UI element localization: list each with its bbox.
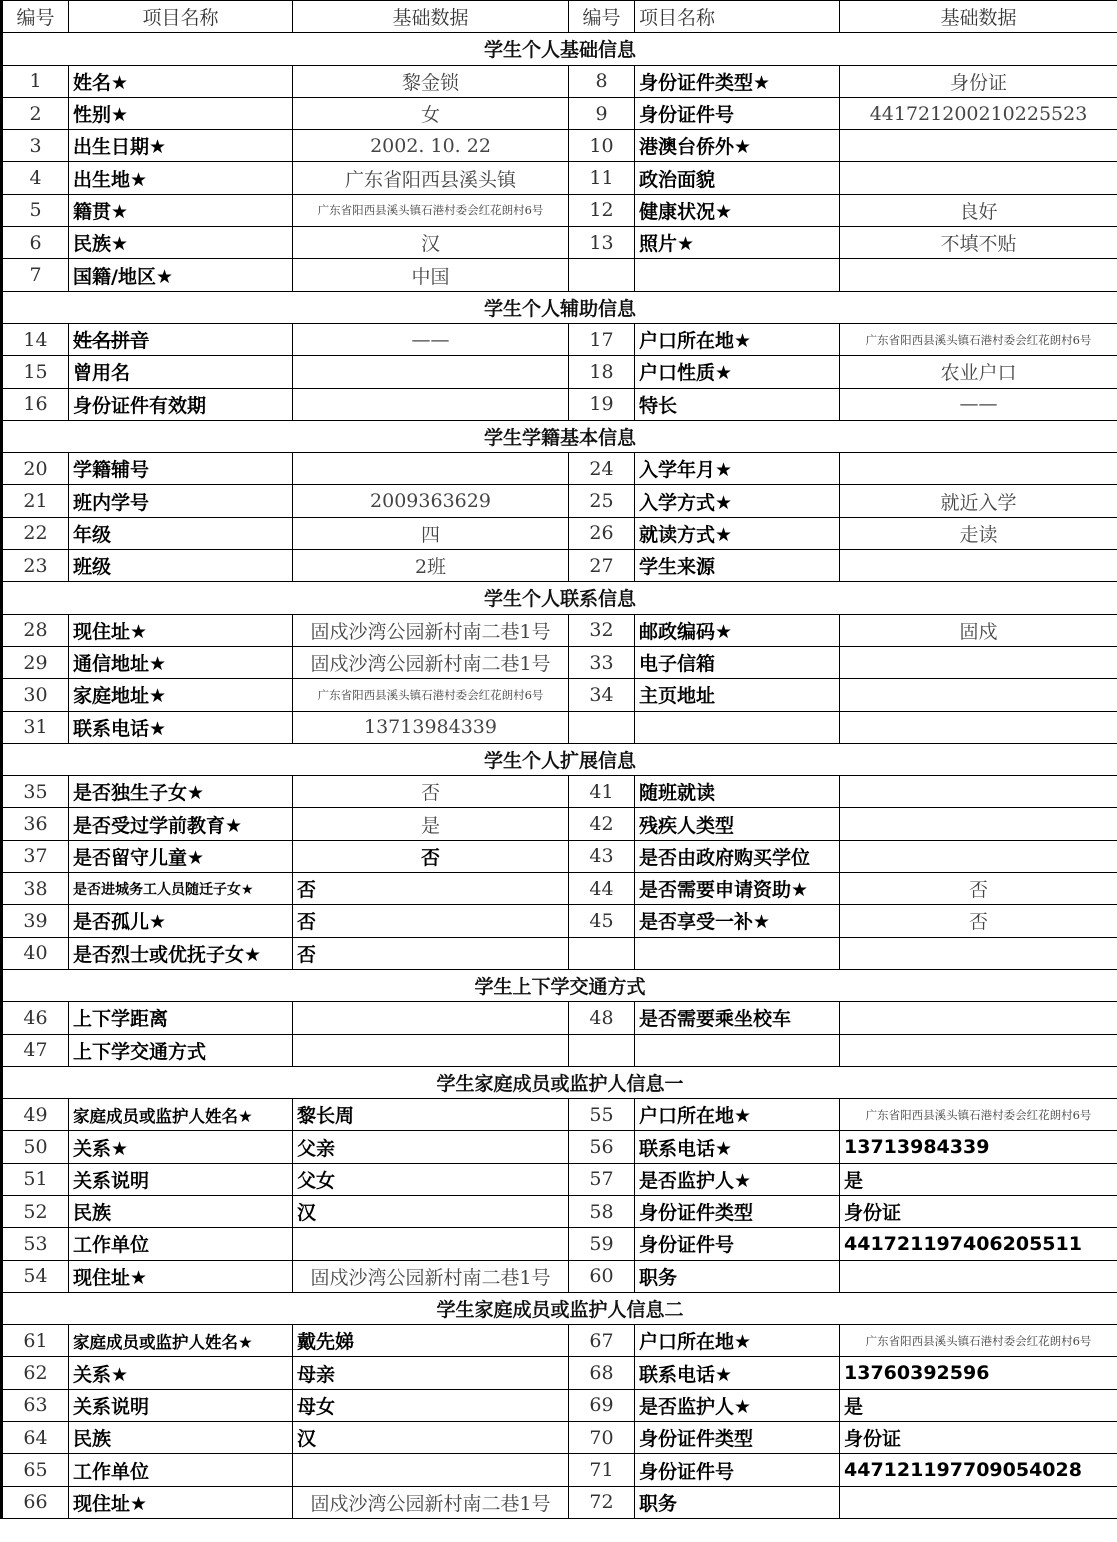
table-row: 7 国籍/地区★ 中国 xyxy=(2,259,1117,291)
field-value[interactable] xyxy=(840,679,1117,711)
field-num: 36 xyxy=(2,808,69,840)
field-value[interactable] xyxy=(293,453,569,485)
field-label: 学生来源 xyxy=(635,550,840,582)
field-label: 关系★ xyxy=(69,1131,293,1163)
field-value[interactable]: 是 xyxy=(293,808,569,840)
field-value[interactable] xyxy=(840,1486,1117,1518)
field-label: 特长 xyxy=(635,388,840,420)
field-label: 户口所在地★ xyxy=(635,1099,840,1131)
field-value[interactable]: 广东省阳西县溪头镇石港村委会红花朗村6号 xyxy=(840,1325,1117,1357)
field-label: 是否烈士或优抚子女★ xyxy=(69,937,293,969)
field-value[interactable]: —— xyxy=(840,388,1117,420)
field-num: 8 xyxy=(569,65,635,97)
field-num: 17 xyxy=(569,323,635,355)
field-num: 10 xyxy=(569,130,635,162)
field-value[interactable]: 否 xyxy=(840,905,1117,937)
field-label: 是否监护人★ xyxy=(635,1389,840,1421)
field-num: 42 xyxy=(569,808,635,840)
field-value[interactable]: 固戍沙湾公园新村南二巷1号 xyxy=(293,646,569,678)
field-label: 籍贯★ xyxy=(69,194,293,226)
field-value[interactable]: 母亲 xyxy=(293,1357,569,1389)
field-label: 户口性质★ xyxy=(635,356,840,388)
field-label: 是否需要乘坐校车 xyxy=(635,1002,840,1034)
field-value[interactable]: 中国 xyxy=(293,259,569,291)
field-value[interactable]: 身份证 xyxy=(840,1195,1117,1227)
field-num: 61 xyxy=(2,1325,69,1357)
field-value[interactable] xyxy=(293,1002,569,1034)
table-row: 35 是否独生子女★ 否 41 随班就读 xyxy=(2,776,1117,808)
field-num: 46 xyxy=(2,1002,69,1034)
field-num: 47 xyxy=(2,1034,69,1066)
section-row: 学生上下学交通方式 xyxy=(2,969,1117,1001)
section-row: 学生个人扩展信息 xyxy=(2,743,1117,775)
table-row: 47 上下学交通方式 xyxy=(2,1034,1117,1066)
field-num: 3 xyxy=(2,130,69,162)
field-num: 34 xyxy=(569,679,635,711)
section-row: 学生家庭成员或监护人信息一 xyxy=(2,1066,1117,1098)
field-num: 55 xyxy=(569,1099,635,1131)
table-row: 38 是否进城务工人员随迁子女★ 否 44 是否需要申请资助★ 否 xyxy=(2,873,1117,905)
field-label: 班内学号 xyxy=(69,485,293,517)
field-value[interactable]: —— xyxy=(293,323,569,355)
field-num: 39 xyxy=(2,905,69,937)
field-num: 30 xyxy=(2,679,69,711)
table-row: 22 年级 四 26 就读方式★ 走读 xyxy=(2,517,1117,549)
table-row: 4 出生地★ 广东省阳西县溪头镇 11 政治面貌 xyxy=(2,162,1117,194)
table-row: 53 工作单位 59 身份证件号 441721197406205511 xyxy=(2,1228,1117,1260)
field-num: 59 xyxy=(569,1228,635,1260)
field-value[interactable]: 2班 xyxy=(293,550,569,582)
field-value[interactable] xyxy=(840,130,1117,162)
field-num: 26 xyxy=(569,517,635,549)
table-row: 36 是否受过学前教育★ 是 42 残疾人类型 xyxy=(2,808,1117,840)
field-label: 民族 xyxy=(69,1195,293,1227)
empty-cell xyxy=(840,711,1117,743)
field-label: 身份证件号 xyxy=(635,1454,840,1486)
field-value[interactable]: 不填不贴 xyxy=(840,227,1117,259)
header-data: 基础数据 xyxy=(293,1,569,33)
table-row: 40 是否烈士或优抚子女★ 否 xyxy=(2,937,1117,969)
section-title-transport: 学生上下学交通方式 xyxy=(2,969,1117,1001)
field-num: 27 xyxy=(569,550,635,582)
field-label: 身份证件有效期 xyxy=(69,388,293,420)
field-num: 29 xyxy=(2,646,69,678)
field-num: 32 xyxy=(569,614,635,646)
field-label: 是否享受一补★ xyxy=(635,905,840,937)
header-num-2: 编号 xyxy=(569,1,635,33)
field-value[interactable]: 黎金锁 xyxy=(293,65,569,97)
field-num: 23 xyxy=(2,550,69,582)
field-label: 关系说明 xyxy=(69,1163,293,1195)
field-value[interactable]: 13760392596 xyxy=(840,1357,1117,1389)
field-value[interactable] xyxy=(840,776,1117,808)
field-num: 68 xyxy=(569,1357,635,1389)
field-num: 6 xyxy=(2,227,69,259)
field-label: 家庭成员或监护人姓名★ xyxy=(69,1325,293,1357)
field-num: 18 xyxy=(569,356,635,388)
field-num: 54 xyxy=(2,1260,69,1292)
field-value[interactable]: 否 xyxy=(293,840,569,872)
field-value[interactable] xyxy=(293,356,569,388)
field-value[interactable] xyxy=(293,1228,569,1260)
field-value[interactable]: 2002. 10. 22 xyxy=(293,130,569,162)
field-label: 民族★ xyxy=(69,227,293,259)
field-num: 62 xyxy=(2,1357,69,1389)
field-value[interactable]: 固戍沙湾公园新村南二巷1号 xyxy=(293,1486,569,1518)
section-title-guardian-1: 学生家庭成员或监护人信息一 xyxy=(2,1066,1117,1098)
field-num: 12 xyxy=(569,194,635,226)
table-row: 54 现住址★ 固戍沙湾公园新村南二巷1号 60 职务 xyxy=(2,1260,1117,1292)
field-label: 户口所在地★ xyxy=(635,323,840,355)
header-item-2: 项目名称 xyxy=(635,1,840,33)
field-value[interactable]: 农业户口 xyxy=(840,356,1117,388)
field-value[interactable]: 广东省阳西县溪头镇石港村委会红花朗村6号 xyxy=(293,679,569,711)
field-value[interactable]: 汉 xyxy=(293,227,569,259)
table-row: 46 上下学距离 48 是否需要乘坐校车 xyxy=(2,1002,1117,1034)
header-item: 项目名称 xyxy=(69,1,293,33)
field-num: 38 xyxy=(2,873,69,905)
field-label: 随班就读 xyxy=(635,776,840,808)
field-value[interactable] xyxy=(840,550,1117,582)
section-row: 学生个人联系信息 xyxy=(2,582,1117,614)
table-row: 29 通信地址★ 固戍沙湾公园新村南二巷1号 33 电子信箱 xyxy=(2,646,1117,678)
field-value[interactable] xyxy=(840,1260,1117,1292)
empty-cell xyxy=(840,259,1117,291)
field-label: 关系说明 xyxy=(69,1389,293,1421)
table-header-row: 编号 项目名称 基础数据 编号 项目名称 基础数据 xyxy=(2,1,1117,33)
field-num: 20 xyxy=(2,453,69,485)
field-value[interactable]: 四 xyxy=(293,517,569,549)
field-value[interactable]: 固戍沙湾公园新村南二巷1号 xyxy=(293,614,569,646)
field-num: 15 xyxy=(2,356,69,388)
field-value[interactable]: 441721197406205511 xyxy=(840,1228,1117,1260)
field-num: 52 xyxy=(2,1195,69,1227)
table-row: 66 现住址★ 固戍沙湾公园新村南二巷1号 72 职务 xyxy=(2,1486,1117,1518)
field-num: 69 xyxy=(569,1389,635,1421)
empty-cell xyxy=(840,1034,1117,1066)
empty-cell xyxy=(635,937,840,969)
field-label: 国籍/地区★ xyxy=(69,259,293,291)
table-row: 39 是否孤儿★ 否 45 是否享受一补★ 否 xyxy=(2,905,1117,937)
field-label: 身份证件号 xyxy=(635,97,840,129)
field-num: 28 xyxy=(2,614,69,646)
table-row: 63 关系说明 母女 69 是否监护人★ 是 xyxy=(2,1389,1117,1421)
field-num: 53 xyxy=(2,1228,69,1260)
field-num: 56 xyxy=(569,1131,635,1163)
table-row: 16 身份证件有效期 19 特长 —— xyxy=(2,388,1117,420)
section-title-extended-info: 学生个人扩展信息 xyxy=(2,743,1117,775)
field-value[interactable]: 广东省阳西县溪头镇石港村委会红花朗村6号 xyxy=(840,1099,1117,1131)
field-label: 身份证件号 xyxy=(635,1228,840,1260)
table-row: 21 班内学号 2009363629 25 入学方式★ 就近入学 xyxy=(2,485,1117,517)
field-value[interactable]: 固戍 xyxy=(840,614,1117,646)
table-row: 2 性别★ 女 9 身份证件号 441721200210225523 xyxy=(2,97,1117,129)
empty-cell xyxy=(635,259,840,291)
table-row: 1 姓名★ 黎金锁 8 身份证件类型★ 身份证 xyxy=(2,65,1117,97)
field-label: 家庭成员或监护人姓名★ xyxy=(69,1099,293,1131)
field-value[interactable]: 母女 xyxy=(293,1389,569,1421)
field-num: 57 xyxy=(569,1163,635,1195)
field-num: 14 xyxy=(2,323,69,355)
table-row: 3 出生日期★ 2002. 10. 22 10 港澳台侨外★ xyxy=(2,130,1117,162)
empty-cell xyxy=(840,937,1117,969)
field-num: 13 xyxy=(569,227,635,259)
field-value[interactable]: 父亲 xyxy=(293,1131,569,1163)
field-label: 联系电话★ xyxy=(69,711,293,743)
field-value[interactable]: 身份证 xyxy=(840,65,1117,97)
section-row: 学生学籍基本信息 xyxy=(2,420,1117,452)
field-value[interactable]: 走读 xyxy=(840,517,1117,549)
empty-cell xyxy=(569,937,635,969)
empty-cell xyxy=(635,711,840,743)
empty-cell xyxy=(569,1034,635,1066)
field-num: 31 xyxy=(2,711,69,743)
field-label: 是否孤儿★ xyxy=(69,905,293,937)
section-row: 学生个人基础信息 xyxy=(2,33,1117,65)
field-num: 41 xyxy=(569,776,635,808)
field-num: 22 xyxy=(2,517,69,549)
field-num: 33 xyxy=(569,646,635,678)
field-label: 就读方式★ xyxy=(635,517,840,549)
field-value[interactable]: 2009363629 xyxy=(293,485,569,517)
field-label: 入学年月★ xyxy=(635,453,840,485)
field-num: 65 xyxy=(2,1454,69,1486)
field-num: 63 xyxy=(2,1389,69,1421)
table-row: 65 工作单位 71 身份证件号 447121197709054028 xyxy=(2,1454,1117,1486)
field-label: 年级 xyxy=(69,517,293,549)
field-value[interactable] xyxy=(293,1454,569,1486)
section-row: 学生个人辅助信息 xyxy=(2,291,1117,323)
field-label: 通信地址★ xyxy=(69,646,293,678)
field-label: 是否进城务工人员随迁子女★ xyxy=(69,873,293,905)
field-num: 25 xyxy=(569,485,635,517)
field-label: 曾用名 xyxy=(69,356,293,388)
field-value[interactable]: 13713984339 xyxy=(293,711,569,743)
table-row: 28 现住址★ 固戍沙湾公园新村南二巷1号 32 邮政编码★ 固戍 xyxy=(2,614,1117,646)
field-value[interactable]: 广东省阳西县溪头镇石港村委会红花朗村6号 xyxy=(293,194,569,226)
field-value[interactable]: 汉 xyxy=(293,1195,569,1227)
field-label: 姓名拼音 xyxy=(69,323,293,355)
section-title-contact-info: 学生个人联系信息 xyxy=(2,582,1117,614)
field-num: 40 xyxy=(2,937,69,969)
section-row: 学生家庭成员或监护人信息二 xyxy=(2,1292,1117,1324)
field-label: 班级 xyxy=(69,550,293,582)
field-num: 50 xyxy=(2,1131,69,1163)
field-label: 民族 xyxy=(69,1422,293,1454)
section-title-enrollment-info: 学生学籍基本信息 xyxy=(2,420,1117,452)
field-label: 工作单位 xyxy=(69,1454,293,1486)
field-label: 现住址★ xyxy=(69,1260,293,1292)
table-row: 31 联系电话★ 13713984339 xyxy=(2,711,1117,743)
field-value[interactable]: 是 xyxy=(840,1389,1117,1421)
table-row: 51 关系说明 父女 57 是否监护人★ 是 xyxy=(2,1163,1117,1195)
field-value[interactable]: 否 xyxy=(293,776,569,808)
field-num: 60 xyxy=(569,1260,635,1292)
table-row: 49 家庭成员或监护人姓名★ 黎长周 55 户口所在地★ 广东省阳西县溪头镇石港… xyxy=(2,1099,1117,1131)
field-label: 家庭地址★ xyxy=(69,679,293,711)
field-label: 是否由政府购买学位 xyxy=(635,840,840,872)
field-label: 姓名★ xyxy=(69,65,293,97)
field-label: 联系电话★ xyxy=(635,1131,840,1163)
field-num: 1 xyxy=(2,65,69,97)
field-num: 35 xyxy=(2,776,69,808)
table-row: 14 姓名拼音 —— 17 户口所在地★ 广东省阳西县溪头镇石港村委会红花朗村6… xyxy=(2,323,1117,355)
field-label: 职务 xyxy=(635,1260,840,1292)
field-label: 是否需要申请资助★ xyxy=(635,873,840,905)
field-label: 现住址★ xyxy=(69,1486,293,1518)
field-value[interactable]: 否 xyxy=(840,873,1117,905)
field-label: 联系电话★ xyxy=(635,1357,840,1389)
section-title-guardian-2: 学生家庭成员或监护人信息二 xyxy=(2,1292,1117,1324)
field-label: 工作单位 xyxy=(69,1228,293,1260)
field-label: 邮政编码★ xyxy=(635,614,840,646)
empty-cell xyxy=(569,711,635,743)
student-info-form: 编号 项目名称 基础数据 编号 项目名称 基础数据 学生个人基础信息 1 姓名★… xyxy=(0,0,1117,1519)
field-num: 58 xyxy=(569,1195,635,1227)
field-value[interactable]: 戴先娣 xyxy=(293,1325,569,1357)
section-title-basic-info: 学生个人基础信息 xyxy=(2,33,1117,65)
empty-cell xyxy=(569,259,635,291)
field-value[interactable]: 就近入学 xyxy=(840,485,1117,517)
field-label: 残疾人类型 xyxy=(635,808,840,840)
field-value[interactable]: 女 xyxy=(293,97,569,129)
field-num: 44 xyxy=(569,873,635,905)
field-value[interactable] xyxy=(840,808,1117,840)
table-row: 15 曾用名 18 户口性质★ 农业户口 xyxy=(2,356,1117,388)
table-row: 61 家庭成员或监护人姓名★ 戴先娣 67 户口所在地★ 广东省阳西县溪头镇石港… xyxy=(2,1325,1117,1357)
field-num: 48 xyxy=(569,1002,635,1034)
field-value[interactable] xyxy=(293,1034,569,1066)
field-value[interactable] xyxy=(840,840,1117,872)
field-label: 出生地★ xyxy=(69,162,293,194)
field-label: 上下学距离 xyxy=(69,1002,293,1034)
field-value[interactable]: 447121197709054028 xyxy=(840,1454,1117,1486)
header-num: 编号 xyxy=(2,1,69,33)
section-title-auxiliary-info: 学生个人辅助信息 xyxy=(2,291,1117,323)
field-label: 是否独生子女★ xyxy=(69,776,293,808)
field-label: 是否监护人★ xyxy=(635,1163,840,1195)
field-num: 66 xyxy=(2,1486,69,1518)
table-row: 23 班级 2班 27 学生来源 xyxy=(2,550,1117,582)
field-value[interactable]: 13713984339 xyxy=(840,1131,1117,1163)
field-value[interactable]: 广东省阳西县溪头镇石港村委会红花朗村6号 xyxy=(840,323,1117,355)
field-label: 主页地址 xyxy=(635,679,840,711)
field-num: 70 xyxy=(569,1422,635,1454)
empty-cell xyxy=(635,1034,840,1066)
field-label: 性别★ xyxy=(69,97,293,129)
field-num: 24 xyxy=(569,453,635,485)
table-row: 52 民族 汉 58 身份证件类型 身份证 xyxy=(2,1195,1117,1227)
field-label: 身份证件类型 xyxy=(635,1195,840,1227)
field-num: 21 xyxy=(2,485,69,517)
field-value[interactable]: 广东省阳西县溪头镇 xyxy=(293,162,569,194)
field-value[interactable]: 否 xyxy=(293,905,569,937)
field-label: 健康状况★ xyxy=(635,194,840,226)
field-label: 出生日期★ xyxy=(69,130,293,162)
field-value[interactable]: 黎长周 xyxy=(293,1099,569,1131)
field-num: 19 xyxy=(569,388,635,420)
field-num: 49 xyxy=(2,1099,69,1131)
field-label: 身份证件类型★ xyxy=(635,65,840,97)
table-row: 37 是否留守儿童★ 否 43 是否由政府购买学位 xyxy=(2,840,1117,872)
table-row: 30 家庭地址★ 广东省阳西县溪头镇石港村委会红花朗村6号 34 主页地址 xyxy=(2,679,1117,711)
table-row: 62 关系★ 母亲 68 联系电话★ 13760392596 xyxy=(2,1357,1117,1389)
field-label: 现住址★ xyxy=(69,614,293,646)
field-num: 67 xyxy=(569,1325,635,1357)
field-value[interactable] xyxy=(840,162,1117,194)
field-value[interactable]: 是 xyxy=(840,1163,1117,1195)
field-value[interactable] xyxy=(840,453,1117,485)
field-num: 2 xyxy=(2,97,69,129)
table-row: 20 学籍辅号 24 入学年月★ xyxy=(2,453,1117,485)
field-num: 37 xyxy=(2,840,69,872)
field-value[interactable] xyxy=(840,646,1117,678)
table-row: 50 关系★ 父亲 56 联系电话★ 13713984339 xyxy=(2,1131,1117,1163)
field-value[interactable]: 身份证 xyxy=(840,1422,1117,1454)
field-value[interactable] xyxy=(293,388,569,420)
field-num: 7 xyxy=(2,259,69,291)
field-label: 政治面貌 xyxy=(635,162,840,194)
table-row: 5 籍贯★ 广东省阳西县溪头镇石港村委会红花朗村6号 12 健康状况★ 良好 xyxy=(2,194,1117,226)
field-num: 4 xyxy=(2,162,69,194)
field-value[interactable]: 441721200210225523 xyxy=(840,97,1117,129)
field-value[interactable]: 父女 xyxy=(293,1163,569,1195)
field-value[interactable]: 汉 xyxy=(293,1422,569,1454)
field-value[interactable]: 否 xyxy=(293,937,569,969)
field-label: 照片★ xyxy=(635,227,840,259)
field-num: 45 xyxy=(569,905,635,937)
field-value[interactable]: 否 xyxy=(293,873,569,905)
header-data-2: 基础数据 xyxy=(840,1,1117,33)
field-label: 入学方式★ xyxy=(635,485,840,517)
field-num: 16 xyxy=(2,388,69,420)
field-label: 学籍辅号 xyxy=(69,453,293,485)
field-label: 职务 xyxy=(635,1486,840,1518)
field-label: 电子信箱 xyxy=(635,646,840,678)
field-num: 72 xyxy=(569,1486,635,1518)
field-num: 43 xyxy=(569,840,635,872)
table-row: 6 民族★ 汉 13 照片★ 不填不贴 xyxy=(2,227,1117,259)
field-label: 关系★ xyxy=(69,1357,293,1389)
field-label: 户口所在地★ xyxy=(635,1325,840,1357)
field-num: 71 xyxy=(569,1454,635,1486)
field-label: 上下学交通方式 xyxy=(69,1034,293,1066)
field-value[interactable] xyxy=(840,1002,1117,1034)
field-label: 是否留守儿童★ xyxy=(69,840,293,872)
field-num: 11 xyxy=(569,162,635,194)
field-num: 5 xyxy=(2,194,69,226)
field-num: 64 xyxy=(2,1422,69,1454)
field-num: 9 xyxy=(569,97,635,129)
field-value[interactable]: 固戍沙湾公园新村南二巷1号 xyxy=(293,1260,569,1292)
field-value[interactable]: 良好 xyxy=(840,194,1117,226)
field-label: 身份证件类型 xyxy=(635,1422,840,1454)
table-row: 64 民族 汉 70 身份证件类型 身份证 xyxy=(2,1422,1117,1454)
field-num: 51 xyxy=(2,1163,69,1195)
field-label: 是否受过学前教育★ xyxy=(69,808,293,840)
field-label: 港澳台侨外★ xyxy=(635,130,840,162)
